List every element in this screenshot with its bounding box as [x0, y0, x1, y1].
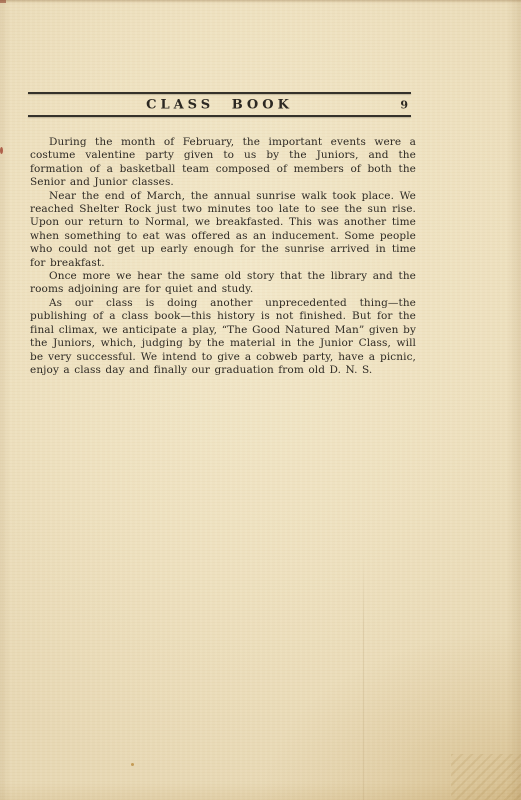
header-rule-bottom — [28, 115, 411, 117]
paragraph-library: Once more we hear the same old story tha… — [30, 270, 416, 297]
header-row: CLASS BOOK 9 — [28, 94, 411, 115]
paragraph-class-book-plans: As our class is doing another unpreceden… — [30, 297, 416, 377]
scanned-book-page: CLASS BOOK 9 During the month of Februar… — [0, 0, 521, 800]
running-header: CLASS BOOK 9 — [28, 92, 411, 117]
page-body: During the month of February, the import… — [30, 136, 416, 377]
scan-speck — [0, 0, 6, 3]
scan-speck — [131, 763, 134, 766]
page-title: CLASS BOOK — [146, 97, 293, 112]
page-corner-wear — [451, 754, 521, 800]
paragraph-sunrise-walk: Near the end of March, the annual sunris… — [30, 190, 416, 270]
paper-crease — [363, 555, 364, 800]
page-number: 9 — [400, 98, 408, 111]
scan-speck — [0, 147, 3, 154]
paragraph-february-events: During the month of February, the import… — [30, 136, 416, 190]
